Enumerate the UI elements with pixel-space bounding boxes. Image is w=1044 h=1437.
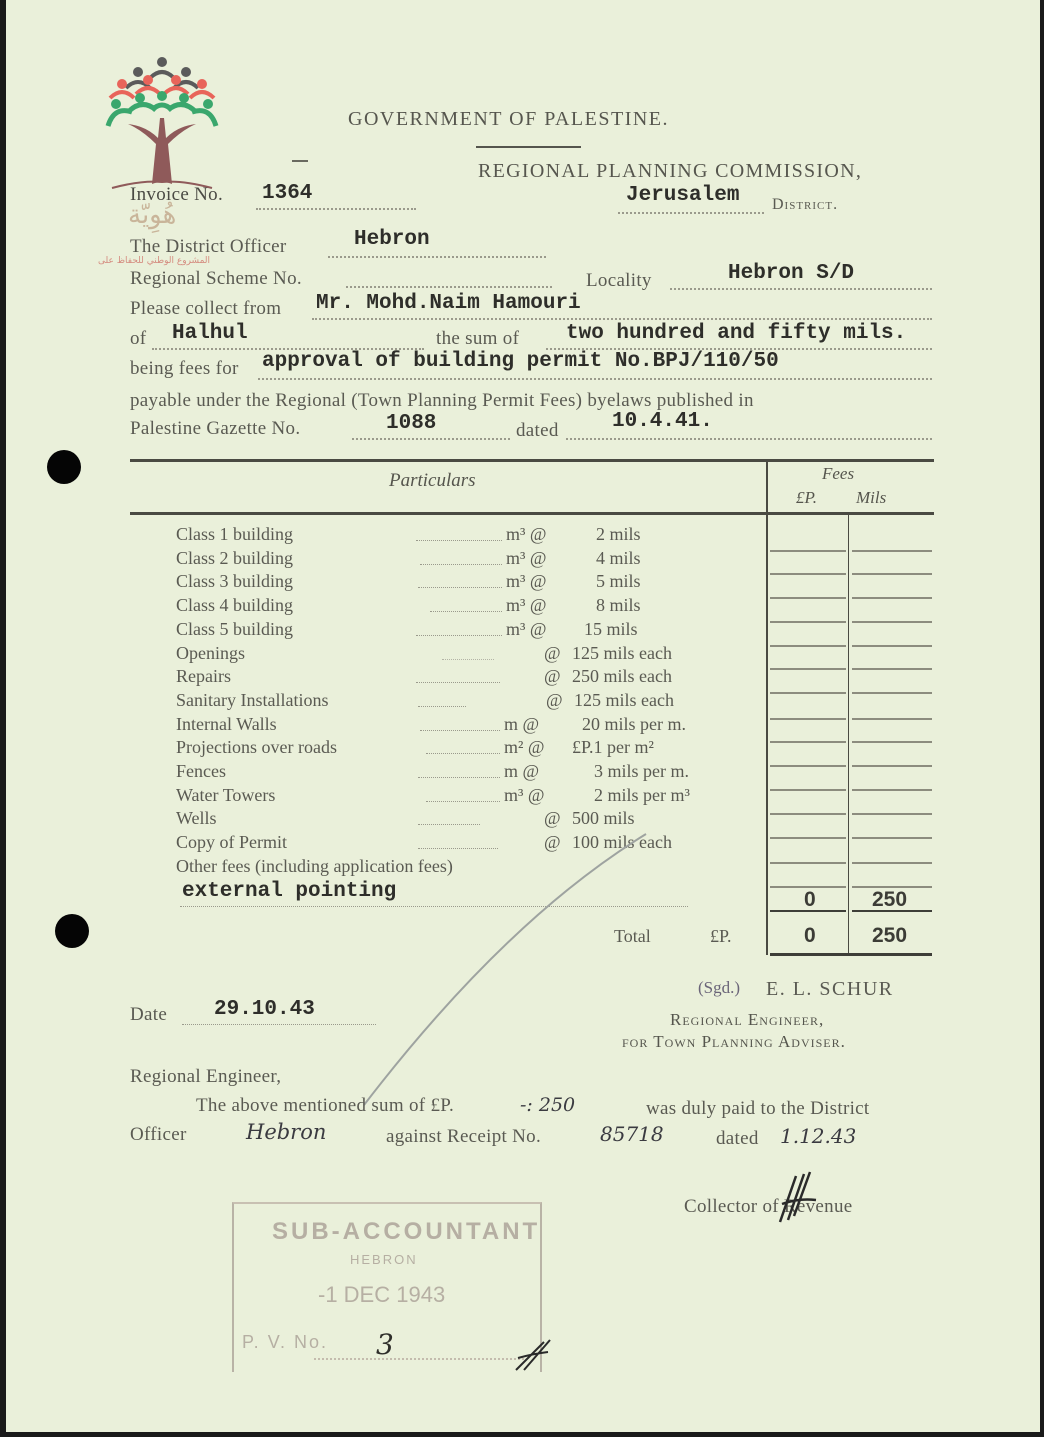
receipt-label: against Receipt No.: [386, 1126, 541, 1148]
dot-leader: [426, 801, 500, 802]
sum-label: the sum of: [436, 328, 519, 350]
dot-leader: [418, 587, 502, 588]
locality-value: Hebron S/D: [728, 262, 854, 285]
of-field: Halhul: [152, 322, 424, 350]
addressee: Regional Engineer,: [130, 1066, 281, 1088]
gazette-number-field: 1088: [352, 412, 510, 440]
table-row: Internal Walls: [176, 714, 277, 735]
unit: m³ @: [506, 524, 546, 545]
dot-leader: [418, 777, 500, 778]
unit: m³ @: [504, 785, 544, 806]
table-row: Repairs: [176, 666, 231, 687]
collect-from-value: Mr. Mohd.Naim Hamouri: [316, 292, 581, 315]
table-row: Class 1 building: [176, 524, 293, 545]
dot-leader: [430, 611, 502, 612]
dated-label: dated: [516, 420, 559, 442]
dot-leader: [418, 706, 466, 707]
gazette-number: 1088: [386, 412, 436, 435]
table-row: Class 3 building: [176, 571, 293, 592]
heritage-logo: [102, 54, 220, 194]
district-field: Jerusalem: [618, 186, 764, 214]
unit: m³ @: [506, 548, 546, 569]
other-fees-mils: 250: [872, 888, 907, 912]
signatory-subtitle: for Town Planning Adviser.: [622, 1032, 846, 1052]
table-row: Sanitary Installations: [176, 690, 328, 711]
rate: 4 mils: [596, 548, 641, 569]
particulars-header: Particulars: [389, 470, 476, 492]
district-officer-field: Hebron: [328, 228, 546, 258]
unit: @: [544, 643, 561, 664]
table-row: Class 5 building: [176, 619, 293, 640]
signed-marker: (Sgd.): [698, 978, 740, 998]
stamp-voucher-number: 3: [376, 1328, 394, 1361]
rate: 5 mils: [596, 571, 641, 592]
district-officer-label: The District Officer: [130, 236, 287, 258]
dot-leader: [418, 824, 480, 825]
table-row: Copy of Permit: [176, 832, 287, 853]
table-row: Water Towers: [176, 785, 275, 806]
dot-leader: [420, 564, 502, 565]
signatory-title: Regional Engineer,: [670, 1010, 824, 1030]
fees-column-divider: [848, 514, 849, 954]
district-label: District.: [772, 196, 838, 214]
gazette-date: 10.4.41.: [612, 410, 713, 433]
unit: m³ @: [506, 619, 546, 640]
tree-people-logo-icon: [102, 54, 220, 194]
receipt-date: 1.12.43: [780, 1124, 856, 1148]
government-heading: GOVERNMENT OF PALESTINE.: [348, 108, 669, 131]
stamp-date: -1 DEC 1943: [318, 1282, 445, 1308]
punch-hole: [55, 914, 89, 948]
dot-leader: [420, 730, 500, 731]
table-row: Class 2 building: [176, 548, 293, 569]
rate: 3 mils per m.: [594, 761, 689, 782]
rate: 8 mils: [596, 595, 641, 616]
dot-leader: [416, 635, 502, 636]
of-value: Halhul: [172, 322, 248, 345]
rate: 2 mils per m³: [594, 785, 690, 806]
rate: 250 mils each: [572, 666, 672, 687]
dot-leader: [416, 540, 502, 541]
sub-accountant-stamp: SUB-ACCOUNTANT HEBRON -1 DEC 1943 P. V. …: [232, 1202, 542, 1372]
dot-leader: [426, 753, 500, 754]
other-fees-lp: 0: [804, 888, 816, 912]
rate: 2 mils: [596, 524, 641, 545]
paid-text: The above mentioned sum of £P.: [196, 1095, 454, 1117]
unit: m² @: [504, 737, 544, 758]
lp-header: £P.: [796, 488, 817, 508]
gazette-date-field: 10.4.41.: [566, 410, 932, 440]
receipt-number: 85718: [600, 1122, 664, 1146]
collector-label: Collector of Revenue: [684, 1196, 853, 1218]
unit: m³ @: [506, 571, 546, 592]
invoice-label: Invoice No.: [130, 184, 223, 206]
stamp-voucher-label: P. V. No.: [242, 1332, 328, 1353]
unit: m @: [504, 761, 539, 782]
stamp-initials-icon: [514, 1336, 554, 1372]
rate: 125 mils each: [574, 690, 674, 711]
unit: @: [544, 666, 561, 687]
scheme-field: [346, 268, 552, 288]
of-label: of: [130, 328, 146, 350]
paid-text-cont: was duly paid to the District: [646, 1098, 869, 1120]
commission-heading: REGIONAL PLANNING COMMISSION,: [478, 160, 862, 183]
collect-label: Please collect from: [130, 298, 281, 320]
payable-text: payable under the Regional (Town Plannin…: [130, 390, 932, 412]
collector-signature-icon: [778, 1170, 818, 1226]
table-row: Fences: [176, 761, 226, 782]
locality-label: Locality: [586, 270, 652, 292]
table-top-rule: [130, 459, 934, 462]
table-header-rule: [130, 512, 934, 515]
total-lp: 0: [804, 924, 816, 948]
table-divider: [766, 459, 768, 955]
stamp-title: SUB-ACCOUNTANT: [272, 1218, 540, 1246]
rate: £P.1 per m²: [572, 737, 654, 758]
punch-hole: [47, 450, 81, 484]
stamp-location: HEBRON: [350, 1252, 418, 1267]
table-row: Openings: [176, 643, 245, 664]
gazette-label: Palestine Gazette No.: [130, 418, 300, 440]
table-row: Class 4 building: [176, 595, 293, 616]
date-field: 29.10.43: [182, 998, 376, 1025]
officer-label: Officer: [130, 1124, 187, 1146]
rate: 15 mils: [584, 619, 638, 640]
mils-header: Mils: [856, 488, 886, 508]
table-row: Projections over roads: [176, 737, 337, 758]
sum-field: two hundred and fifty mils.: [546, 322, 932, 350]
date-label: Date: [130, 1004, 167, 1026]
document-page: هُوِيّة المشروع الوطني للحفاظ على GOVERN…: [6, 0, 1040, 1432]
unit: @: [544, 808, 561, 829]
heading-dash: [292, 160, 308, 162]
district-value: Jerusalem: [626, 184, 739, 207]
total-mils: 250: [872, 924, 907, 948]
unit: m³ @: [506, 595, 546, 616]
invoice-field: 1364: [256, 182, 416, 210]
fees-header: Fees: [822, 464, 854, 484]
rate: 125 mils each: [572, 643, 672, 664]
table-row: Wells: [176, 808, 217, 829]
locality-field: Hebron S/D: [670, 262, 932, 290]
stamp-voucher-line: [314, 1358, 524, 1360]
dot-leader: [416, 682, 500, 683]
rate: 500 mils: [572, 808, 635, 829]
sum-value: two hundred and fifty mils.: [566, 322, 906, 345]
paid-sum: -: 250: [520, 1094, 575, 1116]
invoice-number: 1364: [262, 182, 312, 205]
heading-rule: [476, 146, 581, 148]
district-officer-value: Hebron: [354, 228, 430, 251]
date-value: 29.10.43: [214, 998, 315, 1021]
fees-for-value: approval of building permit No.BPJ/110/5…: [262, 350, 779, 373]
fees-for-label: being fees for: [130, 358, 239, 380]
unit: @: [546, 690, 563, 711]
total-currency: £P.: [710, 926, 732, 947]
dot-leader: [442, 659, 494, 660]
signatory-name: E. L. SCHUR: [766, 978, 894, 1001]
officer-value: Hebron: [246, 1120, 326, 1144]
unit: m @: [504, 714, 539, 735]
fees-for-field: approval of building permit No.BPJ/110/5…: [258, 350, 932, 380]
scheme-label: Regional Scheme No.: [130, 268, 302, 290]
receipt-dated-label: dated: [716, 1128, 759, 1150]
rate: 20 mils per m.: [582, 714, 686, 735]
pencil-stroke-mark: [356, 830, 656, 1110]
collect-from-field: Mr. Mohd.Naim Hamouri: [312, 292, 932, 320]
